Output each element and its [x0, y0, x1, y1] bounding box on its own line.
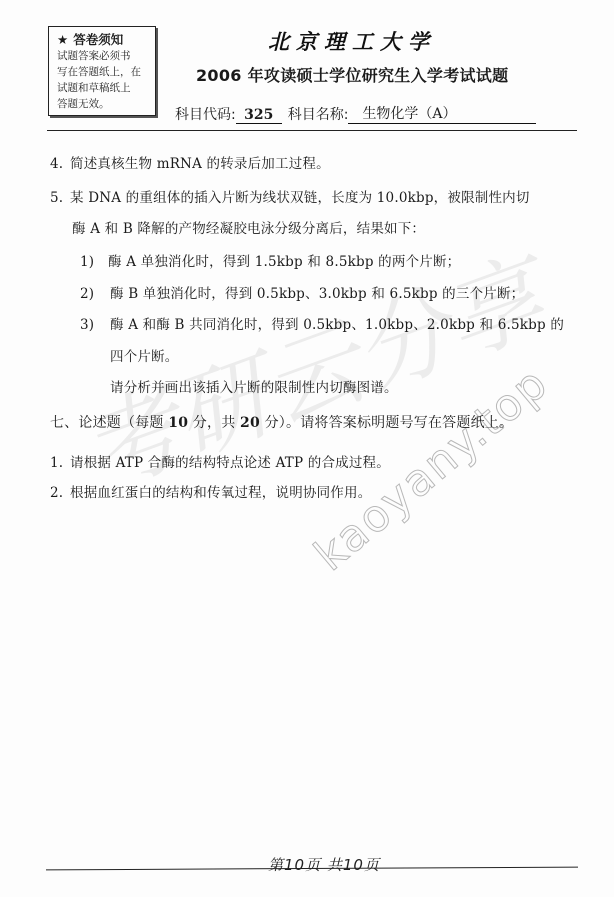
subject-code-label: 科目代码:	[175, 104, 236, 124]
notice-title-text: 答卷须知	[73, 32, 123, 47]
header-divider	[47, 130, 577, 131]
question-5-instruction: 请分析并画出该插入片断的限制性内切酶图谱。	[110, 376, 398, 396]
question-5-item-3-cont: 四个片断。	[110, 345, 179, 365]
item-text: 酶 A 和酶 B 共同消化时，得到 0.5kbp、1.0kbp、2.0kbp 和…	[110, 317, 564, 333]
question-number: 1.	[50, 455, 70, 471]
answer-notice-box: ★答卷须知 试题答案必须书 写在答题纸上，在 试题和草稿纸上 答题无效。	[48, 26, 156, 116]
notice-line: 写在答题纸上，在	[57, 64, 151, 80]
university-name: 北京理工大学	[268, 26, 436, 56]
notice-line: 试题答案必须书	[57, 48, 151, 64]
question-text: 简述真核生物 mRNA 的转录后加工过程。	[70, 156, 330, 172]
notice-line: 试题和草稿纸上	[57, 80, 151, 96]
question-5-line2: 酶 A 和 B 降解的产物经凝胶电泳分级分离后，结果如下：	[72, 217, 425, 237]
subject-code: 325	[236, 107, 282, 124]
item-number: 3)	[80, 317, 110, 333]
subject-name: 生物化学（A）	[348, 103, 536, 124]
item-text: 酶 B 单独消化时，得到 0.5kbp、3.0kbp 和 6.5kbp 的三个片…	[110, 286, 524, 302]
question-number: 5.	[50, 190, 70, 206]
subject-name-label: 科目名称:	[288, 104, 349, 124]
heading-text: 七、论述题（每题	[50, 415, 168, 431]
question-number: 2.	[50, 485, 70, 501]
total-points: 20	[240, 415, 260, 431]
question-text: 请根据 ATP 合酶的结构特点论述 ATP 的合成过程。	[70, 455, 390, 471]
section-7-heading: 七、论述题（每题 10 分，共 20 分）。请将答案标明题号写在答题纸上。	[50, 412, 513, 432]
handwritten-page-number: 第10页 共10页	[268, 854, 380, 875]
exam-page: 考研云分享 kaoyany.top ★答卷须知 试题答案必须书 写在答题纸上，在…	[0, 0, 614, 897]
exam-title: 2006 年攻读硕士学位研究生入学考试试题	[196, 63, 508, 86]
points-per-question: 10	[168, 415, 188, 431]
question-5: 5.某 DNA 的重组体的插入片断为线状双链，长度为 10.0kbp，被限制性内…	[50, 186, 530, 206]
subject-info-row: 科目代码: 325 科目名称: 生物化学（A）	[175, 103, 536, 124]
notice-title: ★答卷须知	[57, 32, 151, 47]
question-4: 4.简述真核生物 mRNA 的转录后加工过程。	[50, 152, 330, 172]
essay-question-2: 2.根据血红蛋白的结构和传氧过程，说明协同作用。	[50, 481, 371, 501]
question-text: 某 DNA 的重组体的插入片断为线状双链，长度为 10.0kbp，被限制性内切	[70, 190, 530, 206]
item-text: 酶 A 单独消化时，得到 1.5kbp 和 8.5kbp 的两个片断；	[108, 254, 460, 270]
question-5-item-1: 1)酶 A 单独消化时，得到 1.5kbp 和 8.5kbp 的两个片断；	[80, 250, 460, 270]
heading-text: 分，共	[188, 415, 240, 431]
question-text: 根据血红蛋白的结构和传氧过程，说明协同作用。	[70, 485, 371, 501]
notice-line: 答题无效。	[57, 96, 151, 112]
item-number: 1)	[80, 254, 108, 270]
question-5-item-3: 3)酶 A 和酶 B 共同消化时，得到 0.5kbp、1.0kbp、2.0kbp…	[80, 313, 564, 333]
question-5-item-2: 2)酶 B 单独消化时，得到 0.5kbp、3.0kbp 和 6.5kbp 的三…	[80, 282, 524, 302]
question-number: 4.	[50, 156, 70, 172]
star-icon: ★	[57, 32, 68, 47]
essay-question-1: 1.请根据 ATP 合酶的结构特点论述 ATP 的合成过程。	[50, 451, 390, 471]
heading-text: 分）。请将答案标明题号写在答题纸上。	[260, 415, 513, 431]
item-number: 2)	[80, 286, 110, 302]
